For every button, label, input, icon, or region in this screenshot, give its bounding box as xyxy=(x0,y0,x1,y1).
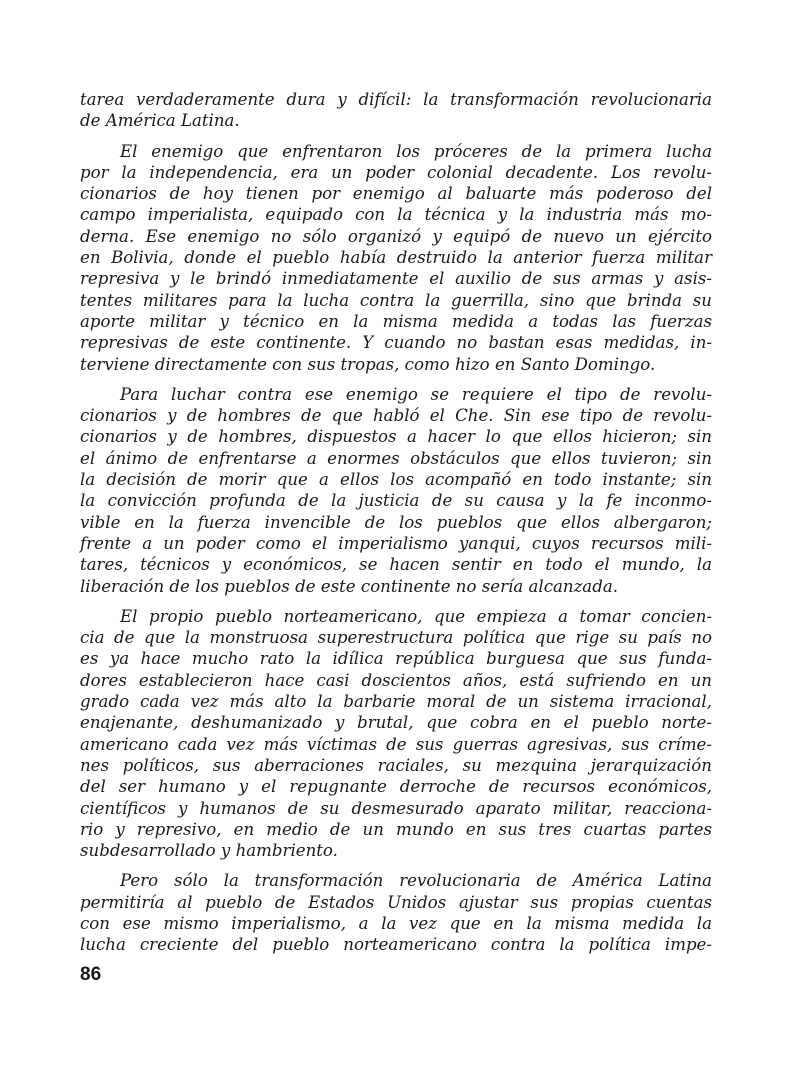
text-line: tarea verdaderamente dura y difícil: la … xyxy=(80,89,712,110)
text-line: tares, técnicos y económicos, se hacen s… xyxy=(80,554,712,575)
text-line: cionarios y de hombres, dispuestos a hac… xyxy=(80,426,712,447)
page-number: 86 xyxy=(80,964,101,986)
text-line: derna. Ese enemigo no sólo organizó y eq… xyxy=(80,226,712,247)
text-line: la convicción profunda de la justicia de… xyxy=(80,490,712,511)
text-line: de América Latina. xyxy=(80,110,712,131)
text-line: es ya hace mucho rato la idílica repúbli… xyxy=(80,648,712,669)
text-line: vible en la fuerza invencible de los pue… xyxy=(80,512,712,533)
text-line: en Bolivia, donde el pueblo había destru… xyxy=(80,247,712,268)
text-line: tentes militares para la lucha contra la… xyxy=(80,290,712,311)
text-line: dores establecieron hace casi doscientos… xyxy=(80,670,712,691)
text-line: enajenante, deshumanizado y brutal, que … xyxy=(80,712,712,733)
paragraph: tarea verdaderamente dura y difícil: la … xyxy=(80,89,712,132)
text-line: El enemigo que enfrentaron los próceres … xyxy=(80,141,712,162)
text-line: la decisión de morir que a ellos los aco… xyxy=(80,469,712,490)
text-line: el ánimo de enfrentarse a enormes obstác… xyxy=(80,448,712,469)
text-line: grado cada vez más alto la barbarie mora… xyxy=(80,691,712,712)
text-line: represivas de este continente. Y cuando … xyxy=(80,332,712,353)
paragraph: El propio pueblo norteamericano, que emp… xyxy=(80,606,712,862)
text-line: del ser humano y el repugnante derroche … xyxy=(80,776,712,797)
text-line: liberación de los pueblos de este contin… xyxy=(80,576,712,597)
text-line: aporte militar y técnico en la misma med… xyxy=(80,311,712,332)
text-line: por la independencia, era un poder colon… xyxy=(80,162,712,183)
text-line: científicos y humanos de su desmesurado … xyxy=(80,798,712,819)
text-line: lucha creciente del pueblo norteamerican… xyxy=(80,934,712,955)
text-line: americano cada vez más víctimas de sus g… xyxy=(80,734,712,755)
text-line: Para luchar contra ese enemigo se requie… xyxy=(80,384,712,405)
text-line: subdesarrollado y hambriento. xyxy=(80,840,712,861)
text-line: con ese mismo imperialismo, a la vez que… xyxy=(80,913,712,934)
paragraph: El enemigo que enfrentaron los próceres … xyxy=(80,141,712,375)
text-line: cionarios de hoy tienen por enemigo al b… xyxy=(80,183,712,204)
text-line: cia de que la monstruosa superestructura… xyxy=(80,627,712,648)
text-line: Pero sólo la transformación revolucionar… xyxy=(80,870,712,891)
text-line: nes políticos, sus aberraciones raciales… xyxy=(80,755,712,776)
text-line: frente a un poder como el imperialismo y… xyxy=(80,533,712,554)
text-line: permitiría al pueblo de Estados Unidos a… xyxy=(80,892,712,913)
page-body: tarea verdaderamente dura y difícil: la … xyxy=(80,89,712,956)
text-line: rio y represivo, en medio de un mundo en… xyxy=(80,819,712,840)
paragraph: Para luchar contra ese enemigo se requie… xyxy=(80,384,712,597)
text-line: El propio pueblo norteamericano, que emp… xyxy=(80,606,712,627)
text-line: cionarios y de hombres de que habló el C… xyxy=(80,405,712,426)
text-line: represiva y le brindó inmediatamente el … xyxy=(80,268,712,289)
paragraph: Pero sólo la transformación revolucionar… xyxy=(80,870,712,955)
text-line: campo imperialista, equipado con la técn… xyxy=(80,204,712,225)
text-line: terviene directamente con sus tropas, co… xyxy=(80,354,712,375)
